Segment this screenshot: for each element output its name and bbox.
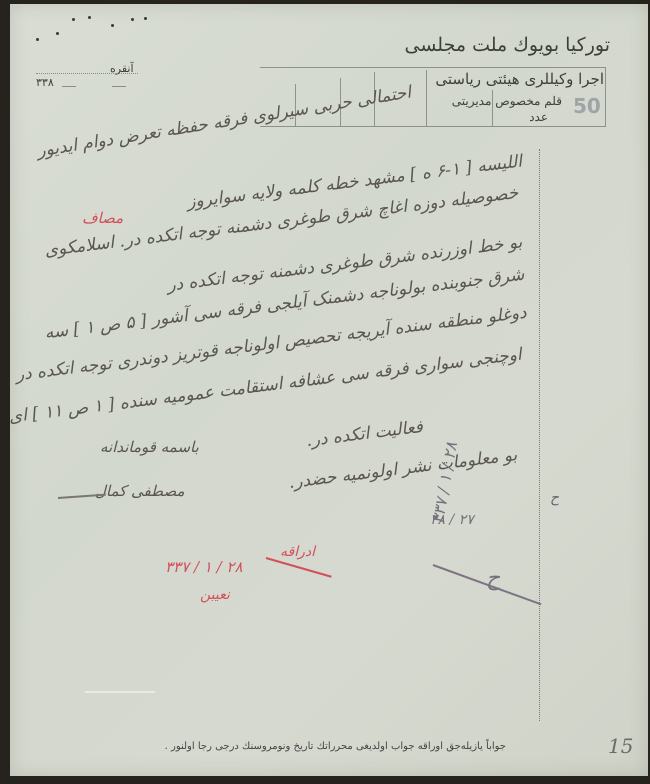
header-box-top	[260, 67, 606, 68]
page-number: 15	[608, 734, 633, 758]
stamp-number: 50	[573, 94, 601, 118]
margin-line	[539, 149, 540, 721]
header-box-divider	[492, 90, 493, 126]
red-date: ۳۳۷ / ۱ / ۲۸	[165, 558, 243, 576]
red-note: نعیبن	[200, 587, 230, 603]
dash	[112, 86, 126, 87]
header-count-label: عدد	[529, 110, 548, 124]
signature-closing: باسمه قوماندانه	[100, 438, 199, 456]
body-line: بو معلومات نشر اولونمیه حضدر.	[288, 445, 519, 493]
dotted-line	[36, 73, 138, 74]
header-box-right	[605, 67, 606, 126]
date-annotation-numbers: ۲۷ / ۲۸	[430, 512, 474, 528]
header-department: قلم مخصوص مدیریتی	[452, 94, 562, 108]
header-box-divider	[426, 70, 427, 126]
header-box-bottom	[260, 126, 606, 127]
body-line: احتمالی حربی سیرلوی فرقه حفظه تعرض دوام …	[35, 83, 412, 162]
document-page: تورکیا بویوك ملت مجلسی اجرا وکیللری هیئت…	[10, 4, 648, 776]
red-underline	[266, 557, 332, 578]
header-subtitle: اجرا وکیللری هیئتی ریاستی	[435, 70, 604, 88]
signature-name: مصطفی کمال	[95, 482, 185, 500]
red-label: ادراقه	[280, 544, 315, 560]
footer-note: جواباً یازیله‌جق اوراقه جواب اولدیغی محر…	[165, 741, 506, 752]
fold-crease	[85, 691, 155, 693]
body-line: فعالیت اتکده در.	[305, 417, 424, 451]
dash	[62, 86, 76, 87]
margin-mark: ح	[550, 490, 559, 506]
red-margin-note: مصاف	[82, 209, 123, 227]
header-title: تورکیا بویوك ملت مجلسی	[405, 34, 610, 56]
reference-number: ۳۳۸	[36, 76, 54, 89]
